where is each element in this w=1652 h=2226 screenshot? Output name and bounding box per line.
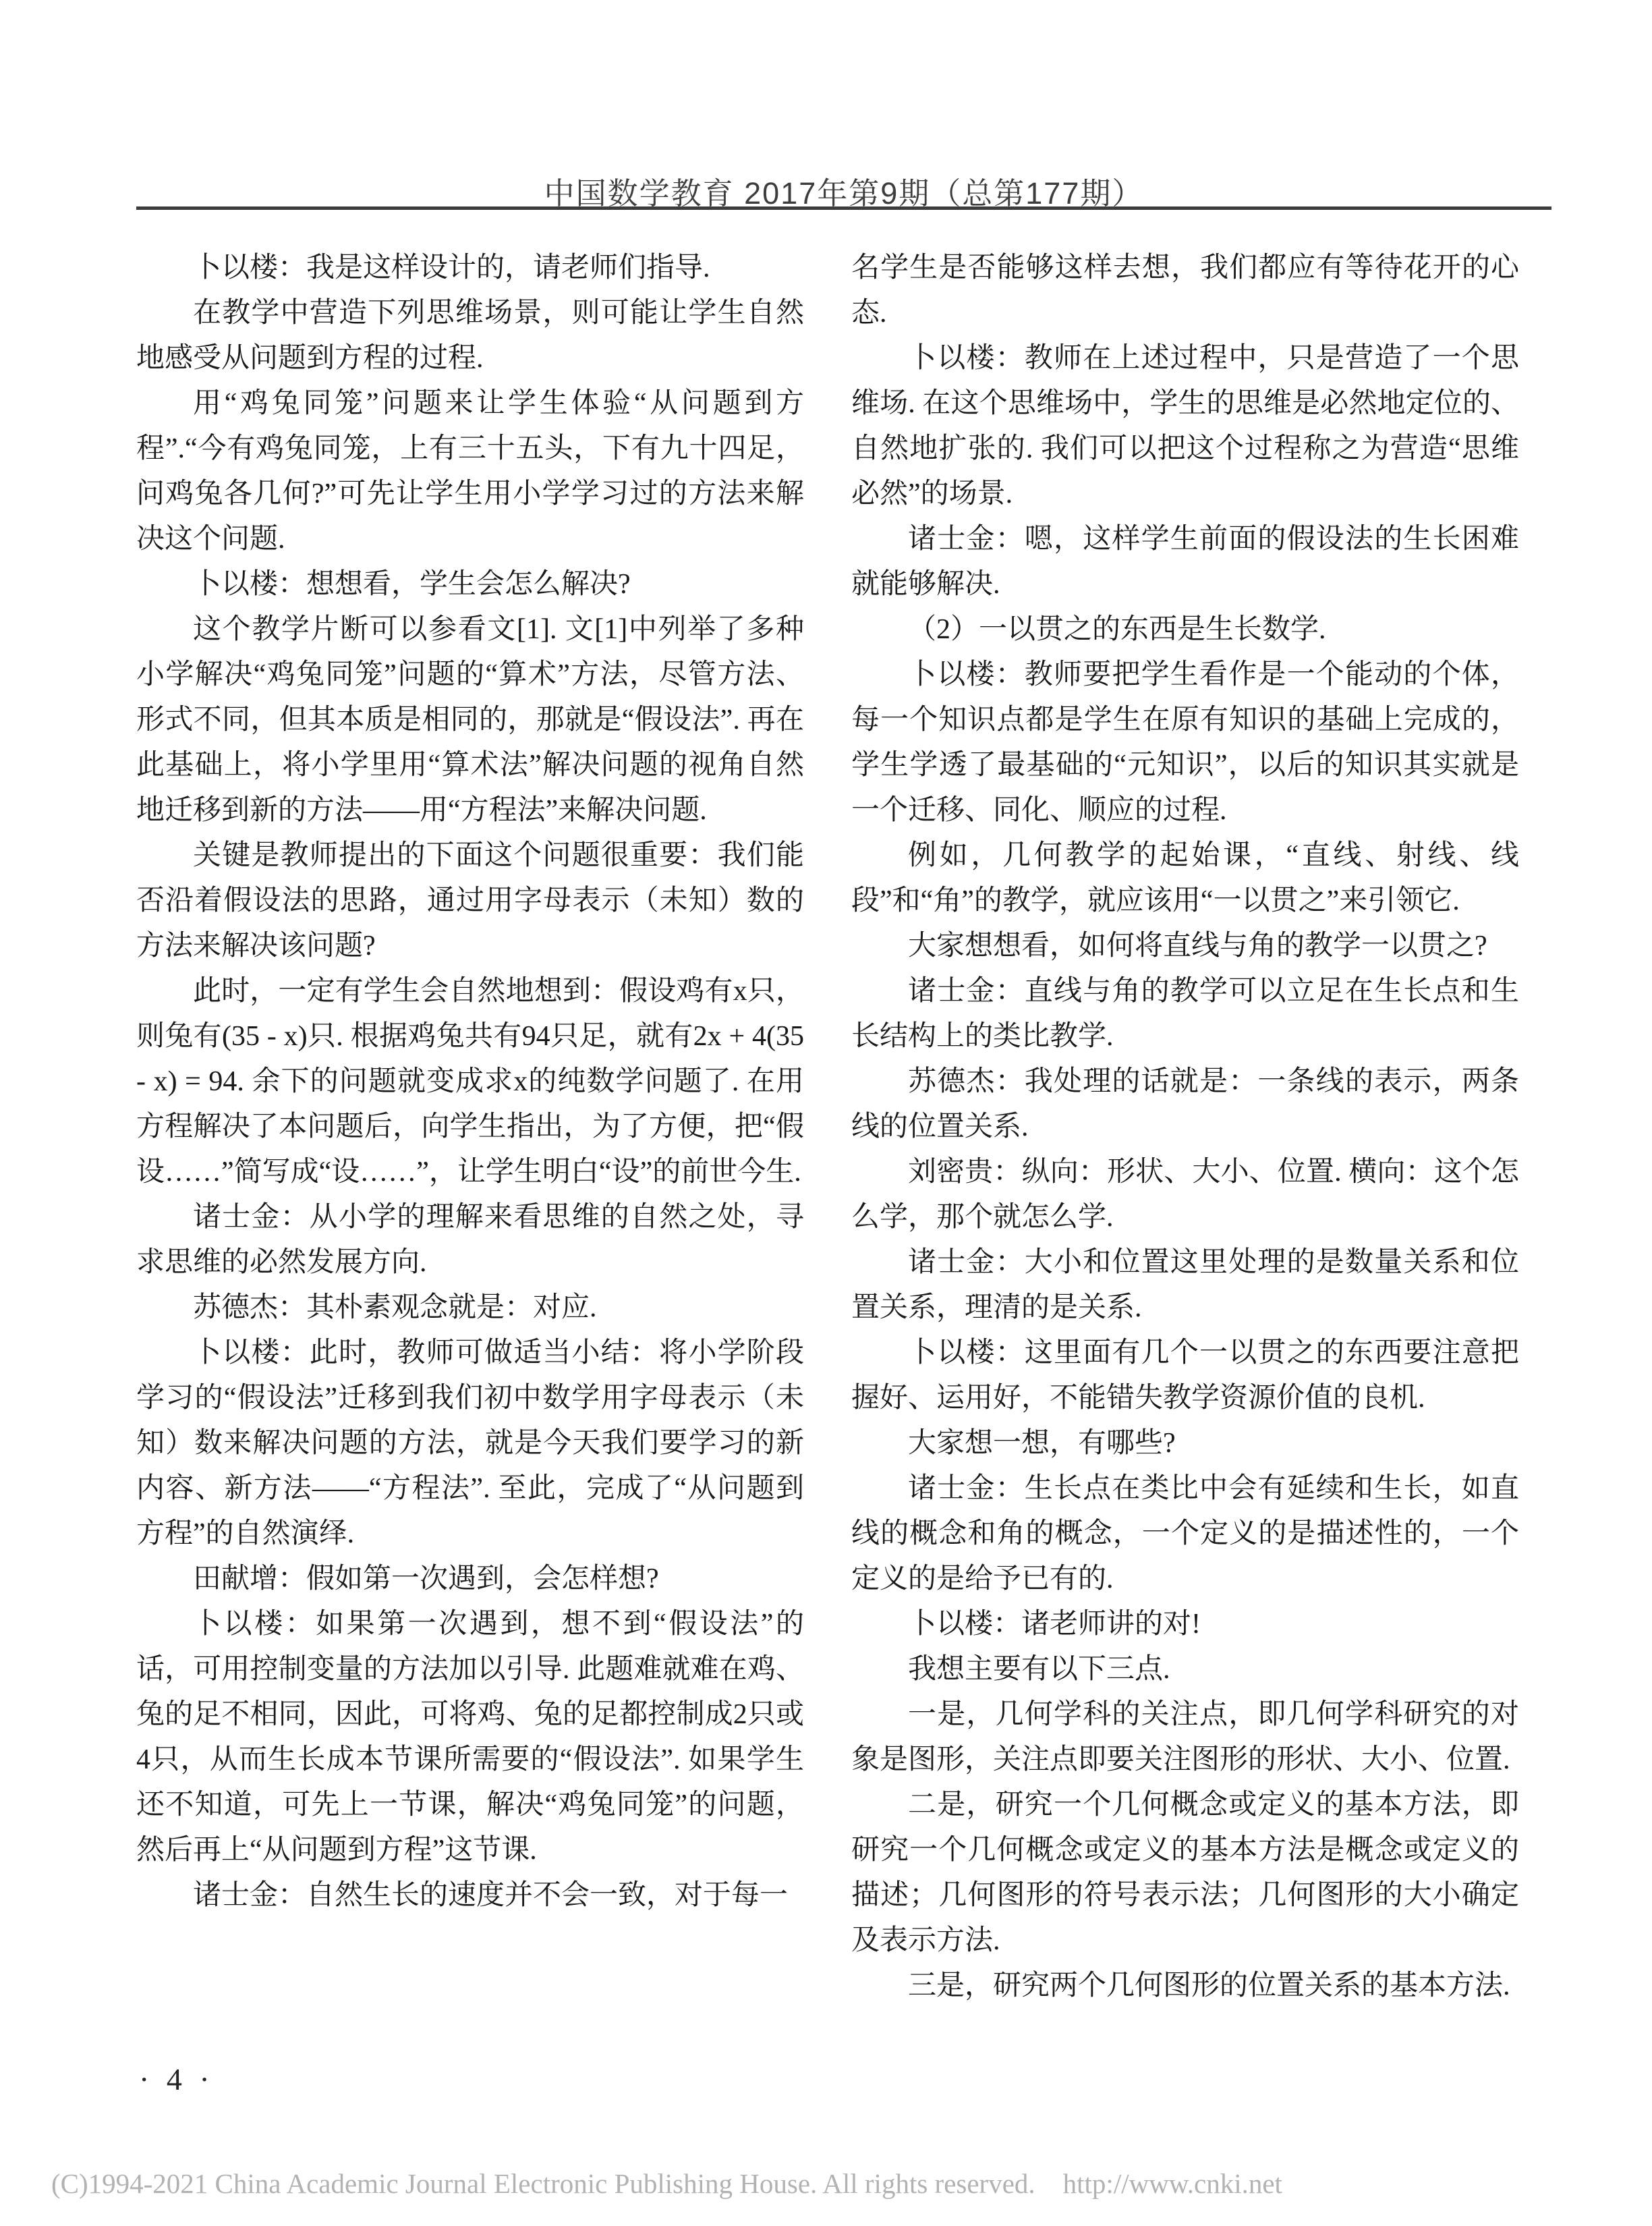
paragraph: 卜以楼：此时，教师可做适当小结：将小学阶段学习的“假设法”迁移到我们初中数学用字… <box>136 1331 804 1557</box>
paragraph: 名学生是否能够这样去想，我们都应有等待花开的心态. <box>851 246 1519 336</box>
copyright-footer: (C)1994-2021 China Academic Journal Elec… <box>51 2167 1282 2200</box>
paragraph: 诸士金：大小和位置这里处理的是数量关系和位置关系，理清的是关系. <box>851 1240 1519 1331</box>
paragraph: 诸士金：嗯，这样学生前面的假设法的生长困难就能够解决. <box>851 517 1519 607</box>
paragraph: 例如，几何教学的起始课，“直线、射线、线段”和“角”的教学，就应该用“一以贯之”… <box>851 833 1519 924</box>
paragraph: 卜以楼：教师要把学生看作是一个能动的个体，每一个知识点都是学生在原有知识的基础上… <box>851 652 1519 833</box>
paragraph: 二是，研究一个几何概念或定义的基本方法，即研究一个几何概念或定义的基本方法是概念… <box>851 1783 1519 1964</box>
paragraph: 卜以楼：教师在上述过程中，只是营造了一个思维场. 在这个思维场中，学生的思维是必… <box>851 336 1519 517</box>
paragraph: 诸士金：生长点在类比中会有延续和生长，如直线的概念和角的概念，一个定义的是描述性… <box>851 1466 1519 1602</box>
paragraph: 诸士金：自然生长的速度并不会一致，对于每一 <box>136 1873 804 1918</box>
paragraph: 这个教学片断可以参看文[1]. 文[1]中列举了多种小学解决“鸡兔同笼”问题的“… <box>136 607 804 833</box>
paragraph: 刘密贵：纵向：形状、大小、位置. 横向：这个怎么学，那个就怎么学. <box>851 1150 1519 1240</box>
paragraph: 大家想想看，如何将直线与角的教学一以贯之? <box>851 924 1519 969</box>
paragraph: 苏德杰：其朴素观念就是：对应. <box>136 1285 804 1331</box>
paragraph: 苏德杰：我处理的话就是：一条线的表示，两条线的位置关系. <box>851 1059 1519 1150</box>
paragraph: 卜以楼：诸老师讲的对! <box>851 1602 1519 1647</box>
paragraph: 我想主要有以下三点. <box>851 1647 1519 1692</box>
text-column-right: 名学生是否能够这样去想，我们都应有等待花开的心态.卜以楼：教师在上述过程中，只是… <box>851 246 1519 2009</box>
paragraph: 用“鸡兔同笼”问题来让学生体验“从问题到方程”.“今有鸡兔同笼，上有三十五头，下… <box>136 381 804 562</box>
paragraph: 卜以楼：如果第一次遇到，想不到“假设法”的话，可用控制变量的方法加以引导. 此题… <box>136 1602 804 1873</box>
header-rule <box>136 206 1551 210</box>
paragraph: 此时，一定有学生会自然地想到：假设鸡有x只，则兔有(35 - x)只. 根据鸡兔… <box>136 969 804 1195</box>
paragraph: 关键是教师提出的下面这个问题很重要：我们能否沿着假设法的思路，通过用字母表示（未… <box>136 833 804 969</box>
paragraph: 大家想一想，有哪些? <box>851 1421 1519 1466</box>
paragraph: 卜以楼：想想看，学生会怎么解决? <box>136 562 804 607</box>
paragraph: 田献增：假如第一次遇到，会怎样想? <box>136 1557 804 1602</box>
paragraph: 卜以楼：这里面有几个一以贯之的东西要注意把握好、运用好，不能错失教学资源价值的良… <box>851 1331 1519 1421</box>
page-number: · 4 · <box>139 2061 210 2097</box>
paragraph: 三是，研究两个几何图形的位置关系的基本方法. <box>851 1964 1519 2009</box>
paragraph: （2）一以贯之的东西是生长数学. <box>851 607 1519 652</box>
text-column-left: 卜以楼：我是这样设计的，请老师们指导.在教学中营造下列思维场景，则可能让学生自然… <box>136 246 804 1918</box>
paragraph: 一是，几何学科的关注点，即几何学科研究的对象是图形，关注点即要关注图形的形状、大… <box>851 1692 1519 1783</box>
paragraph: 在教学中营造下列思维场景，则可能让学生自然地感受从问题到方程的过程. <box>136 291 804 381</box>
paragraph: 诸士金：直线与角的教学可以立足在生长点和生长结构上的类比教学. <box>851 969 1519 1059</box>
paragraph: 诸士金：从小学的理解来看思维的自然之处，寻求思维的必然发展方向. <box>136 1195 804 1285</box>
paragraph: 卜以楼：我是这样设计的，请老师们指导. <box>136 246 804 291</box>
